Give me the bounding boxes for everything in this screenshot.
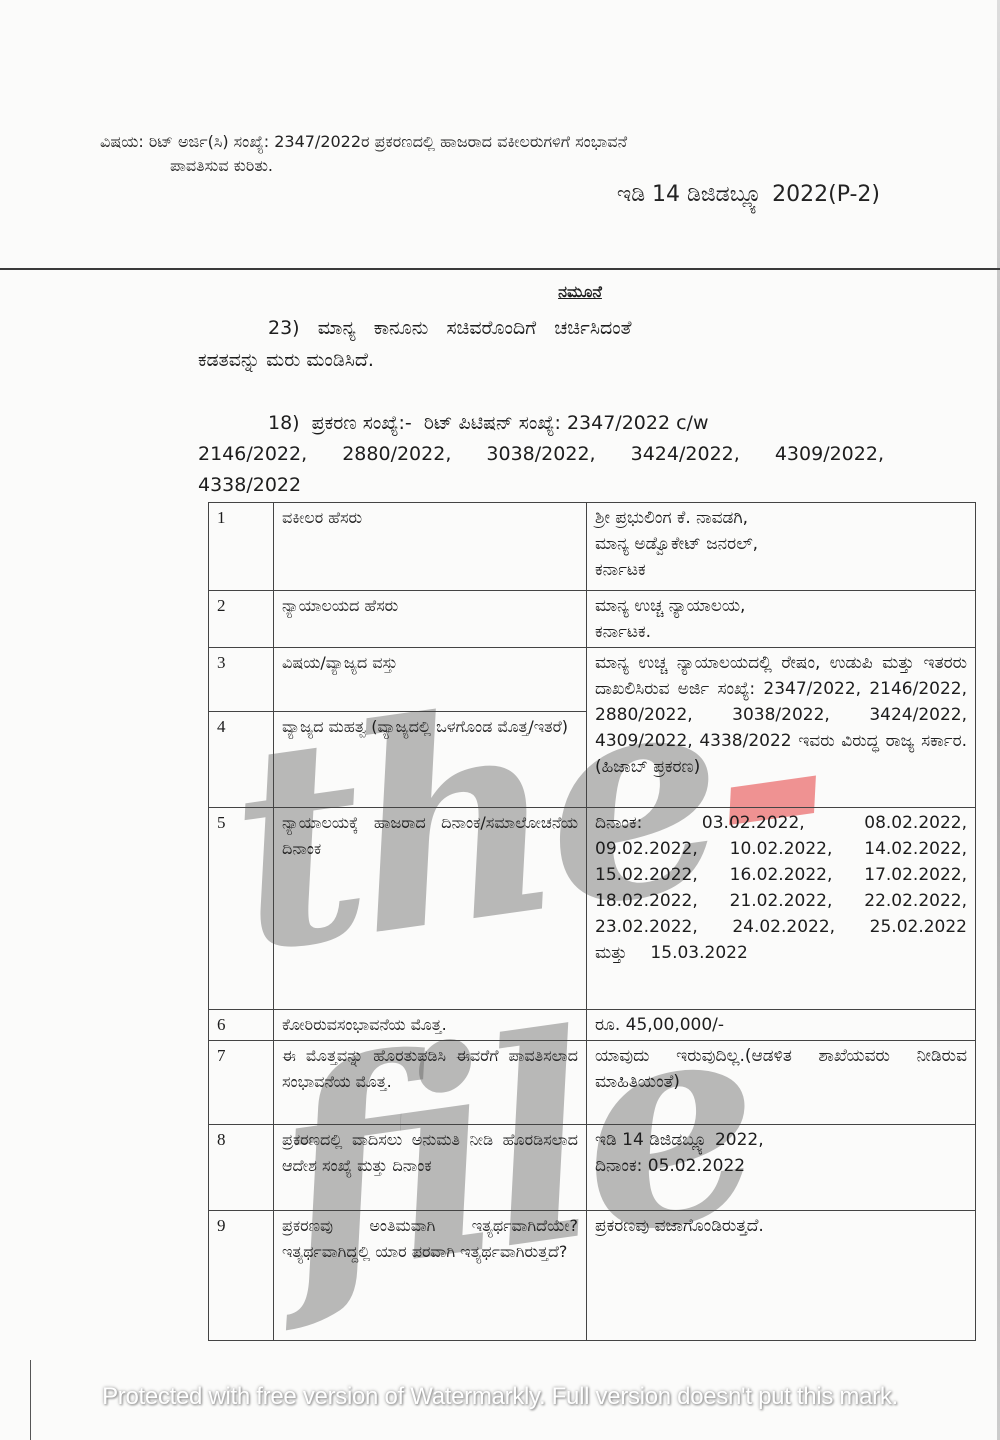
row-value: ದಿನಾಂಕ: 03.02.2022, 08.02.2022, 09.02.20…	[587, 808, 976, 1010]
row-value: ಯಾವುದು ಇರುವುದಿಲ್ಲ.(ಆಡಳಿತ ಶಾಖೆಯವರು ನೀಡಿರು…	[587, 1041, 976, 1125]
row-number: 2	[209, 591, 274, 648]
table-row: 9ಪ್ರಕರಣವು ಅಂತಿಮವಾಗಿ ಇತ್ಯರ್ಥವಾಗಿದೆಯೇ? ಇತ್…	[209, 1211, 976, 1341]
form-title: ನಮೂನೆ	[0, 282, 1000, 302]
case-lead: 18) ಪ್ರಕರಣ ಸಂಖ್ಯೆ:- ರಿಟ್ ಪಿಟಿಷನ್ ಸಂಖ್ಯೆ:…	[198, 408, 884, 439]
row-label: ವಕೀಲರ ಹೆಸರು	[274, 503, 587, 591]
row-number: 4	[209, 712, 274, 808]
row-label: ನ್ಯಾಯಾಲಯದ ಹೆಸರು	[274, 591, 587, 648]
row-number: 8	[209, 1125, 274, 1211]
row-label: ಈ ಮೊತ್ತವನ್ನು ಹೊರತುಪಡಿಸಿ ಈವರೆಗೆ ಪಾವತಿಸಲಾದ…	[274, 1041, 587, 1125]
row-label: ಪ್ರಕರಣವು ಅಂತಿಮವಾಗಿ ಇತ್ಯರ್ಥವಾಗಿದೆಯೇ? ಇತ್ಯ…	[274, 1211, 587, 1341]
subject-line-1: ವಿಷಯ: ರಿಟ್ ಅರ್ಜಿ(ಸಿ) ಸಂಖ್ಯೆ: 2347/2022ರ …	[100, 132, 627, 151]
subject-block: ವಿಷಯ: ರಿಟ್ ಅರ್ಜಿ(ಸಿ) ಸಂಖ್ಯೆ: 2347/2022ರ …	[100, 130, 900, 178]
table-row: 6ಕೋರಿರುವಸಂಭಾವನೆಯ ಮೊತ್ತ.ರೂ. 45,00,000/-	[209, 1010, 976, 1041]
row-number: 1	[209, 503, 274, 591]
row-label: ಪ್ರಕರಣದಲ್ಲಿ ವಾದಿಸಲು ಅನುಮತಿ ನೀಡಿ ಹೊರಡಿಸಲಾ…	[274, 1125, 587, 1211]
paragraph-case-numbers: 18) ಪ್ರಕರಣ ಸಂಖ್ಯೆ:- ರಿಟ್ ಪಿಟಿಷನ್ ಸಂಖ್ಯೆ:…	[198, 408, 884, 501]
note-rest: ಕಡತವನ್ನು ಮರು ಮಂಡಿಸಿದೆ.	[198, 349, 374, 371]
subject-line-2: ಪಾವತಿಸುವ ಕುರಿತು.	[100, 154, 900, 178]
table-row: 1ವಕೀಲರ ಹೆಸರುಶ್ರೀ ಪ್ರಭುಲಿಂಗ ಕೆ. ನಾವಡಗಿ, ಮ…	[209, 503, 976, 591]
row-label: ನ್ಯಾಯಾಲಯಕ್ಕೆ ಹಾಜರಾದ ದಿನಾಂಕ/ಸಮಾಲೋಚನೆಯ ದಿನ…	[274, 808, 587, 1010]
row-value: ರೂ. 45,00,000/-	[587, 1010, 976, 1041]
file-reference: ಇಡಿ 14 ಡಿಜಿಡಬ್ಲ್ಯೂ 2022(P-2)	[520, 182, 880, 207]
case-list: 2146/2022, 2880/2022, 3038/2022, 3424/20…	[198, 443, 884, 496]
details-table: 1ವಕೀಲರ ಹೆಸರುಶ್ರೀ ಪ್ರಭುಲಿಂಗ ಕೆ. ನಾವಡಗಿ, ಮ…	[208, 502, 976, 1341]
table-row: 7ಈ ಮೊತ್ತವನ್ನು ಹೊರತುಪಡಿಸಿ ಈವರೆಗೆ ಪಾವತಿಸಲಾ…	[209, 1041, 976, 1125]
row-value: ಇಡಿ 14 ಡಿಜಿಡಬ್ಲ್ಯೂ 2022, ದಿನಾಂಕ: 05.02.2…	[587, 1125, 976, 1211]
table-row: 3ವಿಷಯ/ವ್ಯಾಜ್ಯದ ವಸ್ತುಮಾನ್ಯ ಉಚ್ಚ ನ್ಯಾಯಾಲಯದ…	[209, 648, 976, 712]
row-number: 6	[209, 1010, 274, 1041]
table-row: 2ನ್ಯಾಯಾಲಯದ ಹೆಸರುಮಾನ್ಯ ಉಚ್ಚ ನ್ಯಾಯಾಲಯ, ಕರ್…	[209, 591, 976, 648]
table-row: 8ಪ್ರಕರಣದಲ್ಲಿ ವಾದಿಸಲು ಅನುಮತಿ ನೀಡಿ ಹೊರಡಿಸಲ…	[209, 1125, 976, 1211]
table-row: 5ನ್ಯಾಯಾಲಯಕ್ಕೆ ಹಾಜರಾದ ದಿನಾಂಕ/ಸಮಾಲೋಚನೆಯ ದಿ…	[209, 808, 976, 1010]
note-lead: 23) ಮಾನ್ಯ ಕಾನೂನು ಸಚಿವರೊಂದಿಗೆ ಚರ್ಚಿಸಿದಂತೆ	[198, 317, 632, 339]
row-label: ವಿಷಯ/ವ್ಯಾಜ್ಯದ ವಸ್ತು	[274, 648, 587, 712]
row-value: ಮಾನ್ಯ ಉಚ್ಚ ನ್ಯಾಯಾಲಯ, ಕರ್ನಾಟಕ.	[587, 591, 976, 648]
row-value: ಮಾನ್ಯ ಉಚ್ಚ ನ್ಯಾಯಾಲಯದಲ್ಲಿ ರೇಷಂ, ಉಡುಪಿ ಮತ್…	[587, 648, 976, 808]
row-number: 9	[209, 1211, 274, 1341]
row-label: ವ್ಯಾಜ್ಯದ ಮಹತ್ವ (ವ್ಯಾಜ್ಯದಲ್ಲಿ ಒಳಗೊಂಡ ಮೊತ್…	[274, 712, 587, 808]
divider	[0, 268, 1000, 270]
paragraph-note: 23) ಮಾನ್ಯ ಕಾನೂನು ಸಚಿವರೊಂದಿಗೆ ಚರ್ಚಿಸಿದಂತೆ…	[198, 312, 884, 376]
row-value: ಶ್ರೀ ಪ್ರಭುಲಿಂಗ ಕೆ. ನಾವಡಗಿ, ಮಾನ್ಯ ಅಡ್ವೊಕೇ…	[587, 503, 976, 591]
row-number: 7	[209, 1041, 274, 1125]
watermarkly-notice: Protected with free version of Watermark…	[0, 1383, 1000, 1411]
row-value: ಪ್ರಕರಣವು ವಜಾಗೊಂಡಿರುತ್ತದೆ.	[587, 1211, 976, 1341]
row-number: 3	[209, 648, 274, 712]
row-number: 5	[209, 808, 274, 1010]
row-label: ಕೋರಿರುವಸಂಭಾವನೆಯ ಮೊತ್ತ.	[274, 1010, 587, 1041]
